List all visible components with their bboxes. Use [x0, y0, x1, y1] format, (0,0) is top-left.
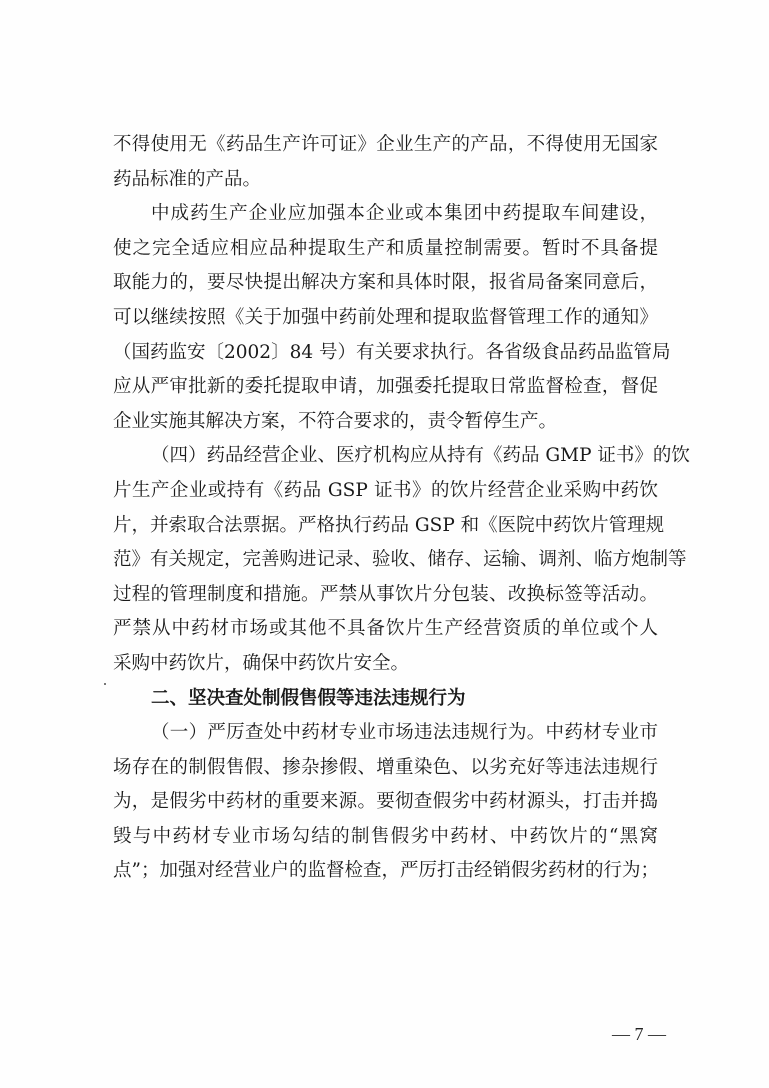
- text-line: 应从严审批新的委托提取申请，加强委托提取日常监督检查，督促: [113, 370, 658, 405]
- scan-artifact-dot: [104, 683, 106, 685]
- page-number: — 7 —: [612, 1024, 666, 1045]
- text-line: 中成药生产企业应加强本企业或本集团中药提取车间建设，: [113, 197, 658, 232]
- text-line: （四）药品经营企业、医疗机构应从持有《药品 GMP 证书》的饮: [113, 439, 658, 474]
- text-line: （国药监安〔2002〕84 号）有关要求执行。各省级食品药品监管局: [113, 336, 658, 371]
- text-line: 采购中药饮片，确保中药饮片安全。: [113, 647, 658, 682]
- text-line: 取能力的，要尽快提出解决方案和具体时限，报省局备案同意后，: [113, 266, 658, 301]
- text-line: 毁与中药材专业市场勾结的制售假劣中药材、中药饮片的“黑窝: [113, 820, 658, 855]
- text-line: 企业实施其解决方案，不符合要求的，责令暂停生产。: [113, 405, 658, 440]
- text-line: 不得使用无《药品生产许可证》企业生产的产品，不得使用无国家: [113, 128, 658, 163]
- document-body: 不得使用无《药品生产许可证》企业生产的产品，不得使用无国家 药品标准的产品。 中…: [113, 128, 658, 889]
- text-line: 可以继续按照《关于加强中药前处理和提取监督管理工作的通知》: [113, 301, 658, 336]
- document-page: 不得使用无《药品生产许可证》企业生产的产品，不得使用无国家 药品标准的产品。 中…: [0, 0, 769, 1088]
- text-line: 药品标准的产品。: [113, 163, 658, 198]
- text-line: 过程的管理制度和措施。严禁从事饮片分包装、改换标签等活动。: [113, 578, 658, 613]
- text-line: 点”；加强对经营业户的监督检查，严厉打击经销假劣药材的行为；: [113, 854, 658, 889]
- text-line: 片，并索取合法票据。严格执行药品 GSP 和《医院中药饮片管理规: [113, 509, 658, 544]
- text-line: 场存在的制假售假、掺杂掺假、增重染色、以劣充好等违法违规行: [113, 751, 658, 786]
- text-line: 严禁从中药材市场或其他不具备饮片生产经营资质的单位或个人: [113, 612, 658, 647]
- text-line: 片生产企业或持有《药品 GSP 证书》的饮片经营企业采购中药饮: [113, 474, 658, 509]
- section-heading: 二、坚决查处制假售假等违法违规行为: [113, 682, 658, 717]
- text-line: 使之完全适应相应品种提取生产和质量控制需要。暂时不具备提: [113, 232, 658, 267]
- text-line: （一）严厉查处中药材专业市场违法违规行为。中药材专业市: [113, 716, 658, 751]
- text-line: 为，是假劣中药材的重要来源。要彻查假劣中药材源头，打击并捣: [113, 785, 658, 820]
- text-line: 范》有关规定，完善购进记录、验收、储存、运输、调剂、临方炮制等: [113, 543, 658, 578]
